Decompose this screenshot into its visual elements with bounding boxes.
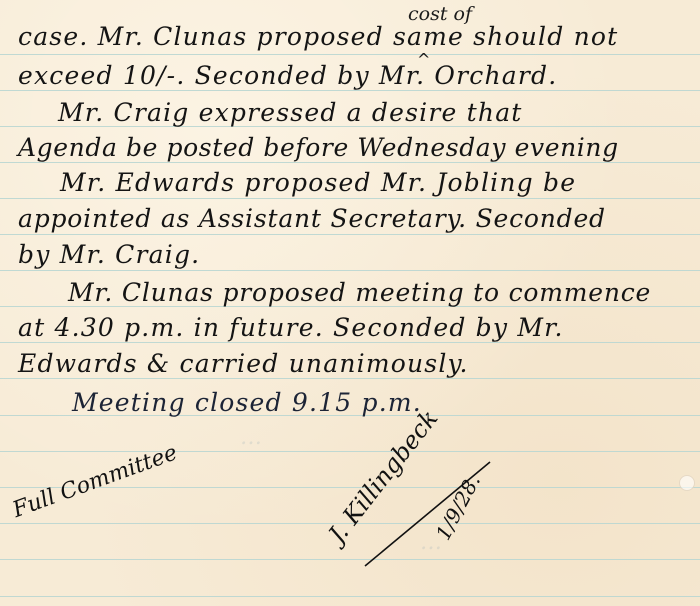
signature-stroke <box>0 0 700 606</box>
notebook-page: … … cost of ^ case. Mr. Clunas proposed … <box>0 0 700 606</box>
